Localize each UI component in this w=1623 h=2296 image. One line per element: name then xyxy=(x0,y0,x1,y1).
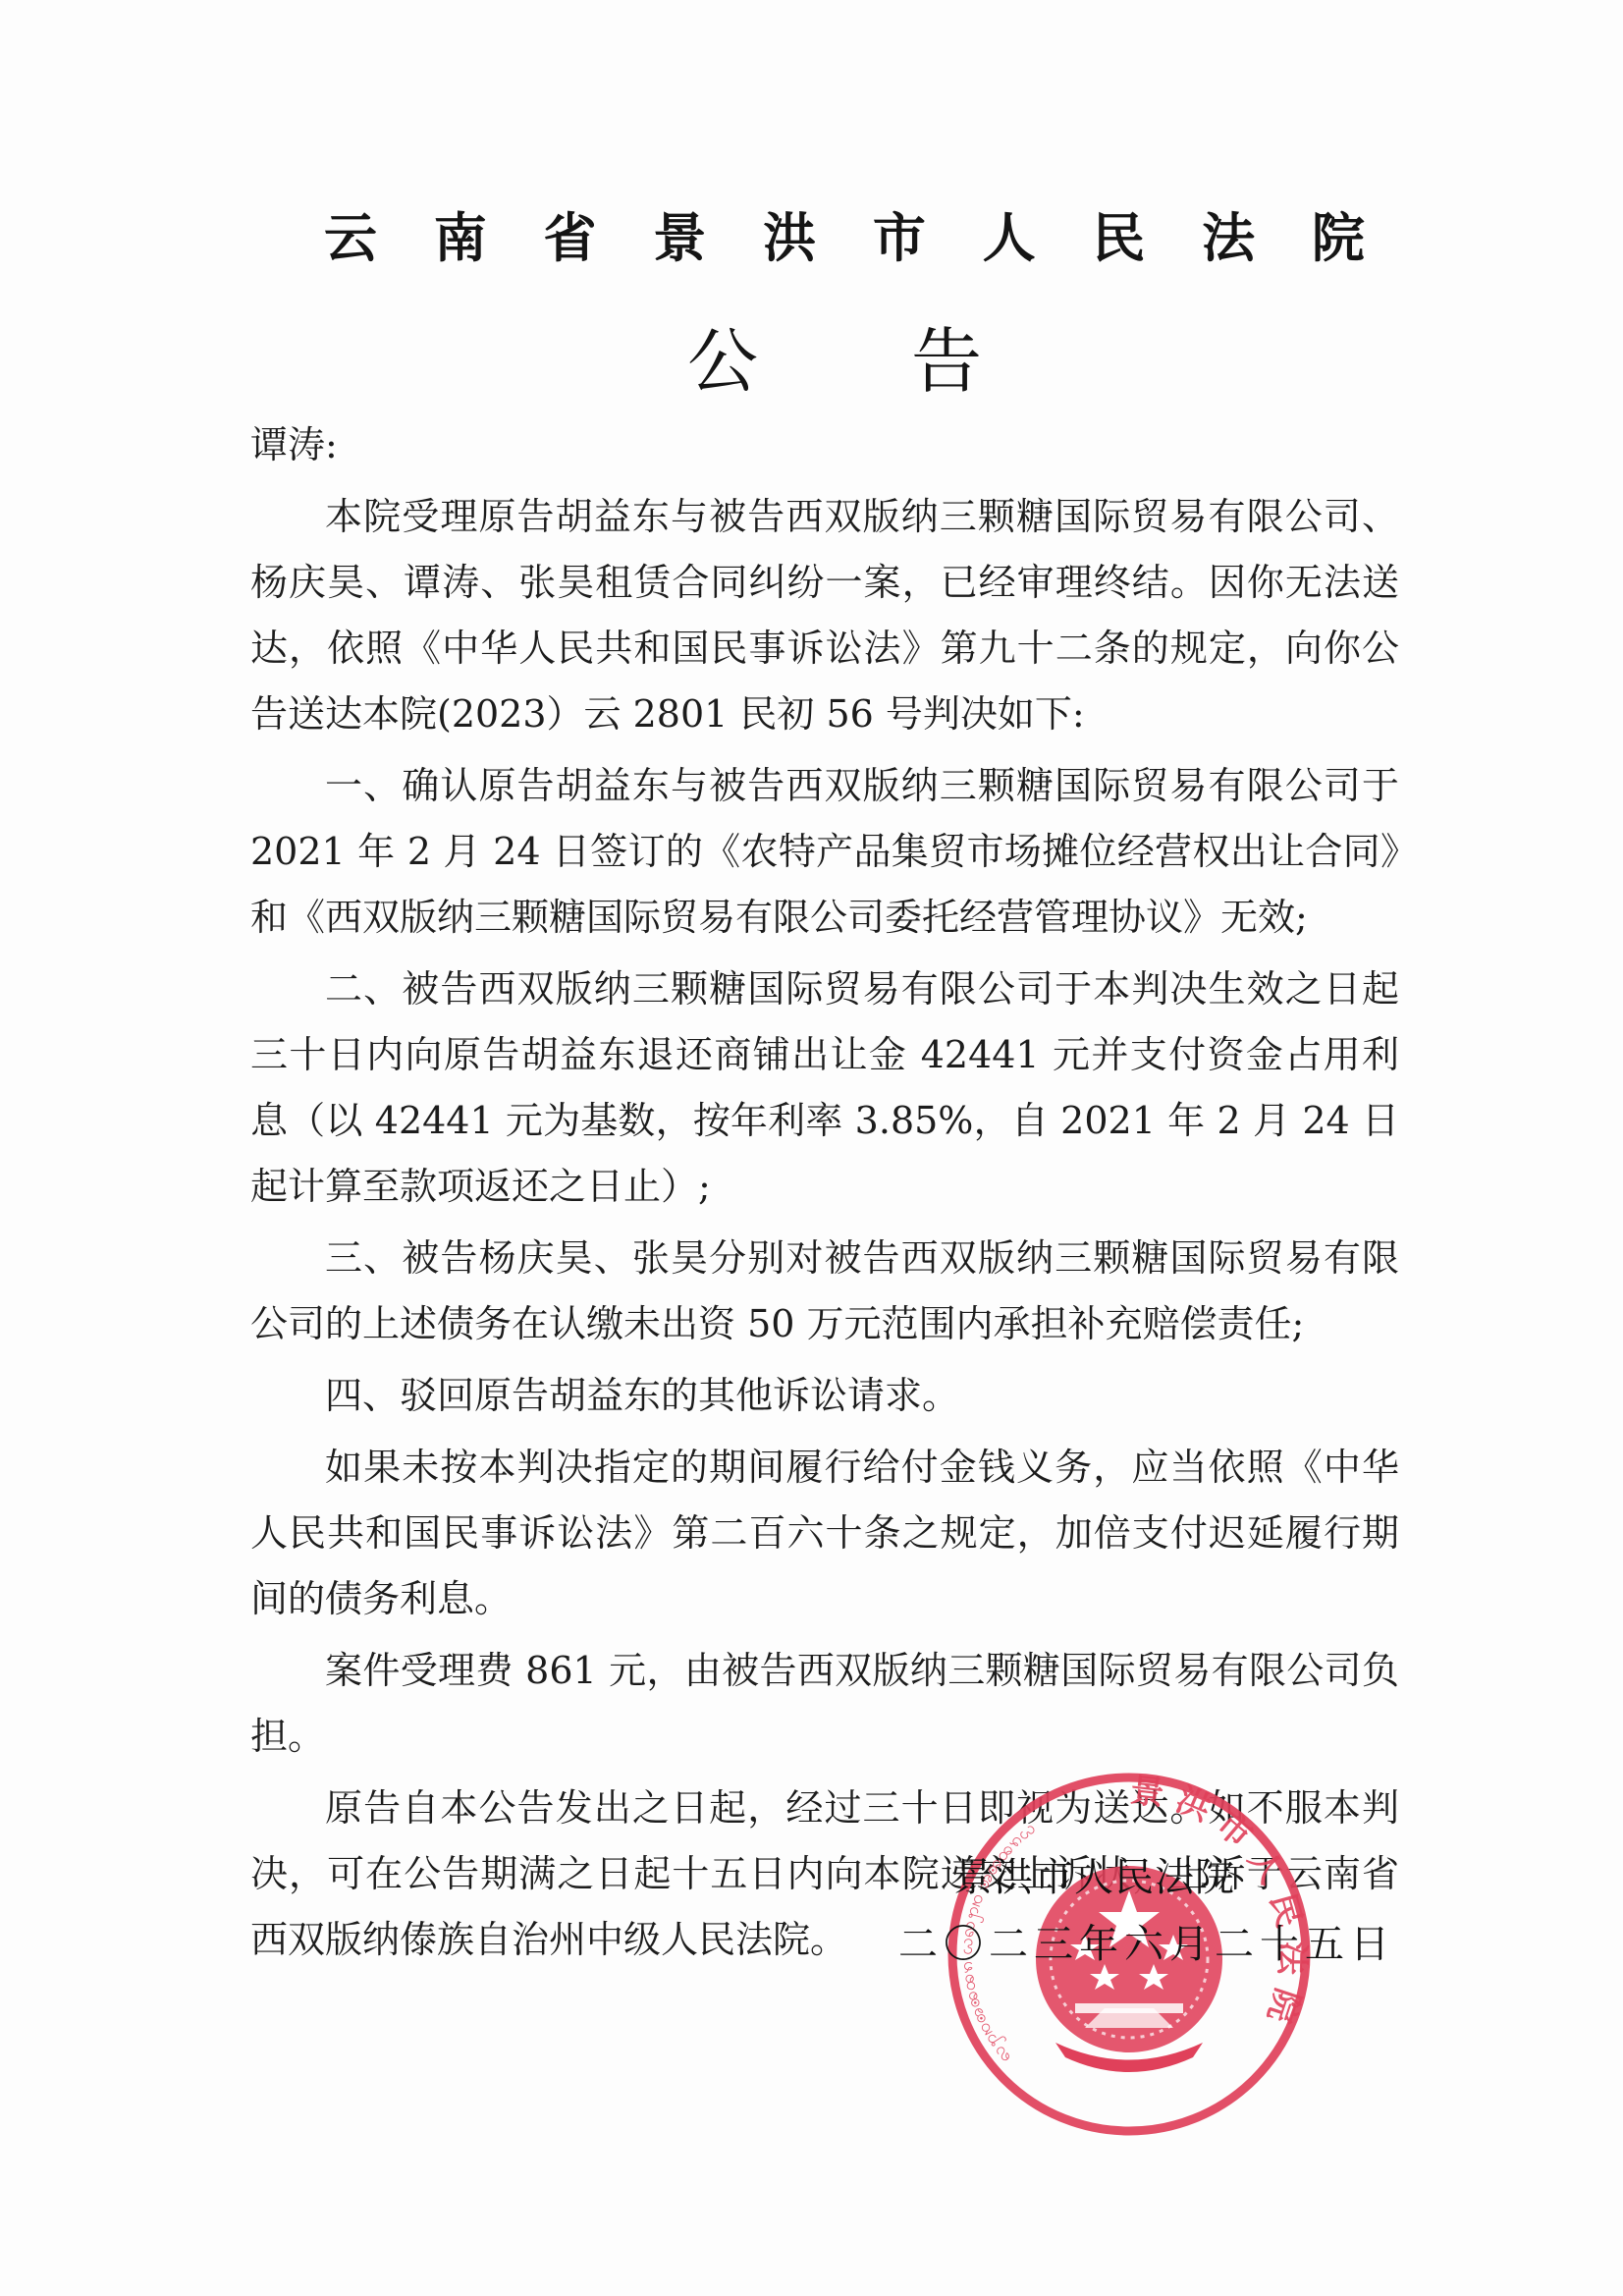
document-type-title: 公 告 xyxy=(687,304,982,407)
signing-date: 二〇二三年六月二十五日 xyxy=(898,1913,1395,1969)
heading-char: 南 xyxy=(434,196,487,272)
judgment-item-2: 二、被告西双版纳三颗糖国际贸易有限公司于本判决生效之日起三十日内向原告胡益东退还… xyxy=(250,957,1399,1220)
notice-body: 谭涛: 本院受理原告胡益东与被告西双版纳三颗糖国际贸易有限公司、杨庆昊、谭涛、张… xyxy=(250,412,1399,1973)
heading-char: 人 xyxy=(983,196,1036,272)
judgment-item-1: 一、确认原告胡益东与被告西双版纳三颗糖国际贸易有限公司于 2021 年 2 月 … xyxy=(250,753,1399,951)
signing-court-name: 景洪市人民法院 xyxy=(953,1846,1235,1902)
heading-char: 民 xyxy=(1092,196,1145,272)
intro-paragraph: 本院受理原告胡益东与被告西双版纳三颗糖国际贸易有限公司、杨庆昊、谭涛、张昊租赁合… xyxy=(250,484,1399,747)
heading-char: 云 xyxy=(324,196,377,272)
judgment-item-4: 四、驳回原告胡益东的其他诉讼请求。 xyxy=(250,1363,1399,1429)
heading-char: 省 xyxy=(544,196,597,272)
title-char: 公 xyxy=(687,304,758,407)
salutation: 谭涛: xyxy=(250,412,1399,478)
heading-char: 景 xyxy=(653,196,706,272)
judgment-item-3: 三、被告杨庆昊、张昊分别对被告西双版纳三颗糖国际贸易有限公司的上述债务在认缴未出… xyxy=(250,1226,1399,1357)
heading-char: 洪 xyxy=(763,196,816,272)
heading-char: 院 xyxy=(1312,196,1365,272)
court-name-heading: 云 南 省 景 洪 市 人 民 法 院 xyxy=(324,196,1365,272)
heading-char: 市 xyxy=(873,196,926,272)
court-fee-paragraph: 案件受理费 861 元，由被告西双版纳三颗糖国际贸易有限公司负担。 xyxy=(250,1638,1399,1770)
notice-page: 云 南 省 景 洪 市 人 民 法 院 公 告 谭涛: 本院受理原告胡益东与被告… xyxy=(0,0,1623,2296)
title-char: 告 xyxy=(911,304,982,407)
late-payment-paragraph: 如果未按本判决指定的期间履行给付金钱义务，应当依照《中华人民共和国民事诉讼法》第… xyxy=(250,1435,1399,1632)
heading-char: 法 xyxy=(1202,196,1255,272)
